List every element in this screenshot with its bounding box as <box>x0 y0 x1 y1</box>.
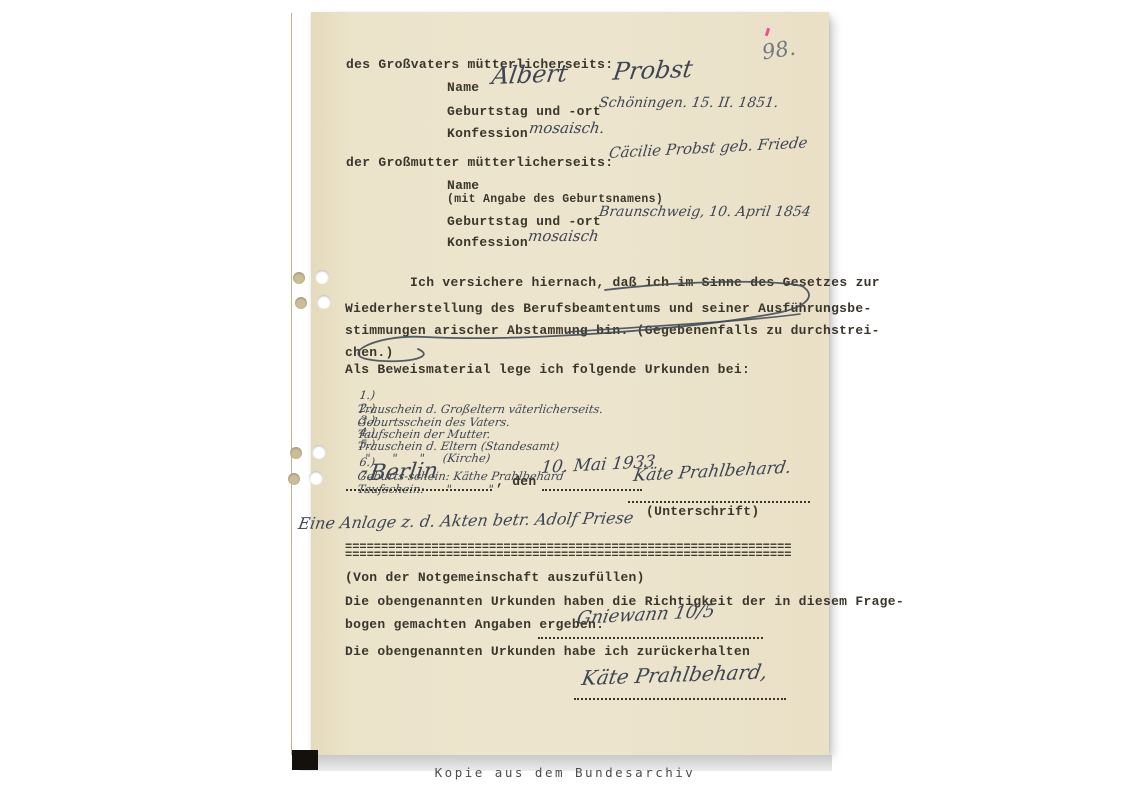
den-label: , den <box>496 474 537 489</box>
punch-hole <box>315 270 329 284</box>
grandfather-name-label: Name <box>447 80 479 95</box>
grandfather-birth-value: Schöningen. 15. II. 1851. <box>598 95 780 111</box>
binding-corner-block <box>292 750 318 770</box>
punch-hole <box>288 473 300 485</box>
signature-label: (Unterschrift) <box>646 504 759 519</box>
place-value: Berlin <box>368 458 439 486</box>
notgemeinschaft-line2: bogen gemachten Angaben ergeben. <box>345 617 604 632</box>
grandmother-confession-value: mosaisch <box>527 227 600 245</box>
date-dotted-line <box>542 488 642 491</box>
pen-strikethrough <box>340 272 820 367</box>
official-signature-dotted-line <box>538 636 763 639</box>
grandfather-birth-label: Geburtstag und -ort <box>447 104 601 119</box>
punch-hole <box>309 471 323 485</box>
punch-hole <box>295 297 307 309</box>
signature-dotted-line <box>628 500 810 503</box>
grandfather-confession-label: Konfession <box>447 126 528 141</box>
grandmother-heading: der Großmutter mütterlicherseits: <box>346 155 613 170</box>
grandmother-birth-value: Braunschweig, 10. April 1854 <box>598 204 812 220</box>
separator-line: ========================================… <box>345 551 797 560</box>
place-dotted-line <box>346 488 492 491</box>
notgemeinschaft-line3: Die obengenannten Urkunden habe ich zurü… <box>345 644 750 659</box>
punch-hole <box>293 272 305 284</box>
grandmother-confession-label: Konfession <box>447 235 528 250</box>
punch-hole <box>317 295 331 309</box>
notgemeinschaft-note: (Von der Notgemeinschaft auszufüllen) <box>345 570 645 585</box>
grandmother-name-label: Name <box>447 178 479 193</box>
document-scan: 98. des Großvaters mütterlicherseits: Na… <box>0 0 1125 800</box>
archive-caption: Kopie aus dem Bundesarchiv <box>415 765 715 780</box>
punch-hole <box>290 447 302 459</box>
grandfather-confession-value: mosaisch. <box>528 119 606 137</box>
return-signature-dotted-line <box>574 697 786 700</box>
punch-hole <box>312 445 326 459</box>
